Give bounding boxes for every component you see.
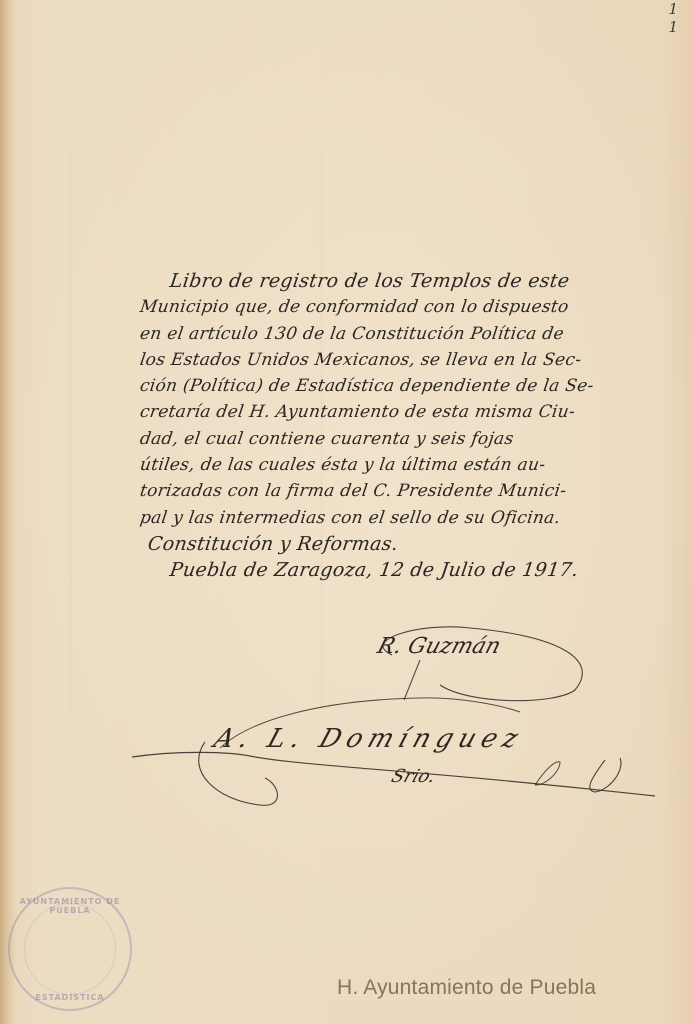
- body-line: en el artículo 130 de la Constitución Po…: [138, 321, 662, 347]
- body-line: dad, el cual contiene cuarenta y seis fo…: [138, 426, 662, 452]
- stamp-top-text: AYUNTAMIENTO DE PUEBLA: [10, 897, 130, 915]
- body-line: torizadas con la firma del C. Presidente…: [138, 478, 662, 504]
- stamp-inner-ring: [24, 903, 116, 995]
- body-line: útiles, de las cuales ésta y la última e…: [138, 452, 662, 478]
- register-declaration: Libro de registro de los Templos de este…: [140, 268, 660, 584]
- official-seal-stamp: AYUNTAMIENTO DE PUEBLA ESTADÍSTICA: [8, 887, 132, 1011]
- body-line: Municipio que, de conformidad con lo dis…: [138, 294, 662, 320]
- motto: Constitución y Reformas.: [138, 531, 662, 557]
- signature-guzman: R. Guzmán: [374, 634, 503, 659]
- place-date: Puebla de Zaragoza, 12 de Julio de 1917.: [138, 557, 662, 583]
- body-line: los Estados Unidos Mexicanos, se lleva e…: [138, 347, 662, 373]
- signature-title: Srio.: [389, 766, 439, 787]
- body-line: cretaría del H. Ayuntamiento de esta mis…: [138, 399, 662, 425]
- archive-watermark: H. Ayuntamiento de Puebla: [337, 976, 596, 1000]
- body-line: Libro de registro de los Templos de este: [138, 268, 662, 294]
- stamp-bottom-text: ESTADÍSTICA: [10, 993, 130, 1002]
- body-line: pal y las intermedias con el sello de su…: [138, 505, 662, 531]
- signature-dominguez: A. L. Domínguez: [210, 724, 528, 754]
- folio-number: 1 1: [668, 0, 678, 36]
- body-line: ción (Política) de Estadística dependien…: [138, 373, 662, 399]
- folio-number-top: 1: [668, 0, 678, 18]
- document-page: 1 1 Libro de registro de los Templos de …: [0, 0, 692, 1024]
- folio-number-bottom: 1: [668, 18, 678, 36]
